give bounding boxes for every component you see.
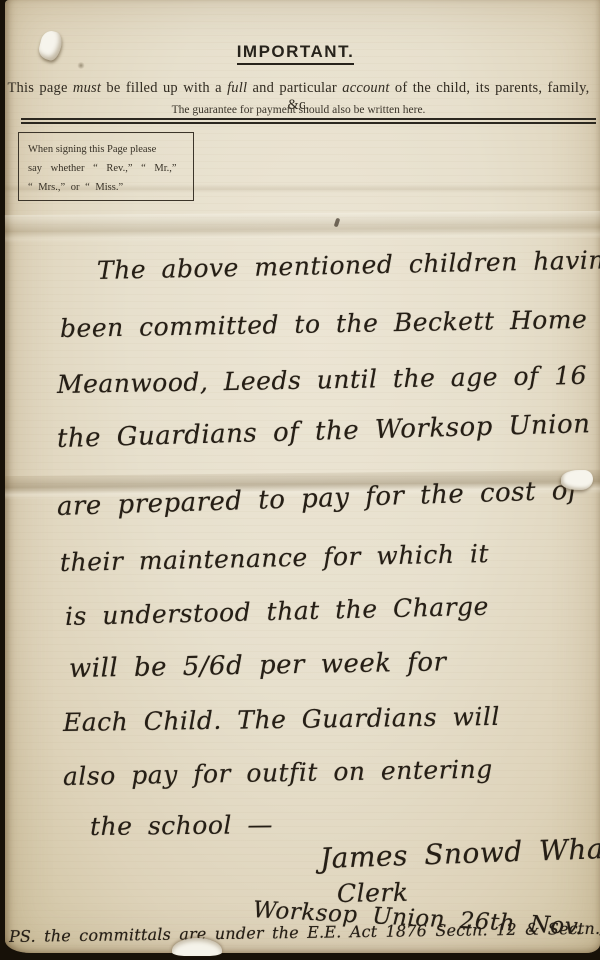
fold-crease-upper [5,211,600,243]
signing-note-line: say whether “ Rev.,” “ Mr.,” [28,159,184,178]
instruction-part-italic: full [227,80,247,96]
instruction-part-italic: account [342,80,389,96]
instruction-part: be filled up with a [101,80,227,96]
torn-edge-right [561,470,593,490]
important-heading-wrap: IMPORTANT. [5,42,586,65]
guarantee-note: The guarantee for payment should also be… [5,104,592,116]
document-photo: IMPORTANT. This page must be filled up w… [0,0,600,960]
paper-sheet: IMPORTANT. This page must be filled up w… [5,0,600,953]
instruction-part-italic: must [73,80,101,96]
signing-note-line: “ Mrs.,” or “ Miss.” [28,178,184,197]
double-rule-divider [21,118,596,124]
signing-note-line: When signing this Page please [28,140,184,159]
torn-edge-bottom [172,938,222,956]
signing-note-box: When signing this Page please say whethe… [18,132,194,201]
important-heading: IMPORTANT. [237,42,355,65]
handwritten-line: the school — [90,810,273,841]
instruction-part: This page [8,80,73,96]
instruction-part: and particular [247,80,342,96]
ink-speck [77,62,85,69]
handwritten-line: Each Child. The Guardians will [63,702,500,737]
